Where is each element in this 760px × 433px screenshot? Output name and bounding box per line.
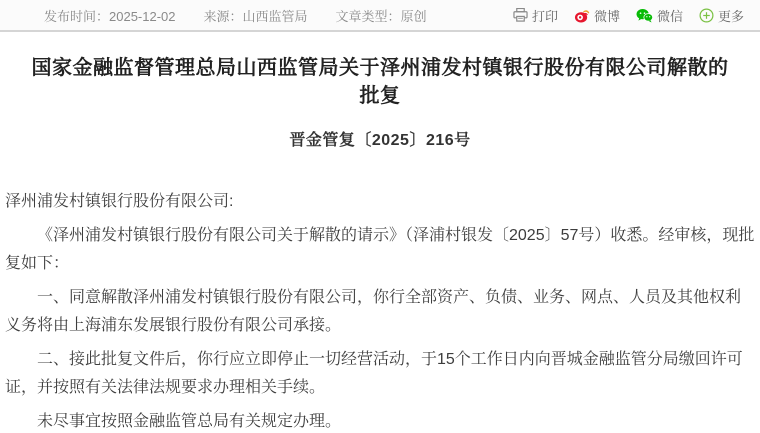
wechat-label: 微信: [657, 6, 683, 25]
paragraph-4: 未尽事宜按照金融监管总局有关规定办理。: [5, 408, 755, 433]
addressee-line: 泽州浦发村镇银行股份有限公司:: [5, 188, 755, 216]
wechat-share-button[interactable]: 微信: [636, 6, 683, 25]
document-title: 国家金融监督管理总局山西监管局关于泽州浦发村镇银行股份有限公司解散的批复: [28, 54, 732, 110]
plus-circle-icon: [699, 8, 714, 23]
wechat-icon: [636, 8, 653, 23]
article-type-value: 原创: [401, 9, 427, 24]
document-number: 晋金管复〔2025〕216号: [0, 127, 760, 150]
paragraph-1: 《泽州浦发村镇银行股份有限公司关于解散的请示》（泽浦村银发〔2025〕57号）收…: [5, 222, 755, 278]
article-type-label: 文章类型：: [336, 9, 401, 24]
article-type: 文章类型：原创: [336, 6, 427, 25]
printer-icon: [513, 8, 528, 22]
weibo-label: 微博: [594, 6, 620, 25]
more-label: 更多: [718, 6, 744, 25]
publish-time: 发布时间：2025-12-02: [44, 6, 176, 25]
document-body: 泽州浦发村镇银行股份有限公司: 《泽州浦发村镇银行股份有限公司关于解散的请示》（…: [0, 150, 760, 433]
source-value: 山西监管局: [243, 9, 308, 24]
weibo-share-button[interactable]: 微博: [574, 6, 620, 25]
paragraph-2: 一、同意解散泽州浦发村镇银行股份有限公司，你行全部资产、负债、业务、网点、人员及…: [5, 284, 755, 340]
meta-bar: 发布时间：2025-12-02 来源：山西监管局 文章类型：原创 打印: [0, 0, 760, 32]
source: 来源：山西监管局: [204, 6, 308, 25]
print-label: 打印: [532, 6, 558, 25]
share-actions: 打印 微博: [513, 6, 744, 25]
source-label: 来源：: [204, 9, 243, 24]
publish-time-value: 2025-12-02: [109, 9, 176, 24]
paragraph-3: 二、接此批复文件后，你行应立即停止一切经营活动，于15个工作日内向晋城金融监管分…: [5, 346, 755, 402]
more-share-button[interactable]: 更多: [699, 6, 744, 25]
publish-time-label: 发布时间：: [44, 9, 109, 24]
weibo-icon: [574, 8, 590, 23]
print-button[interactable]: 打印: [513, 6, 558, 25]
